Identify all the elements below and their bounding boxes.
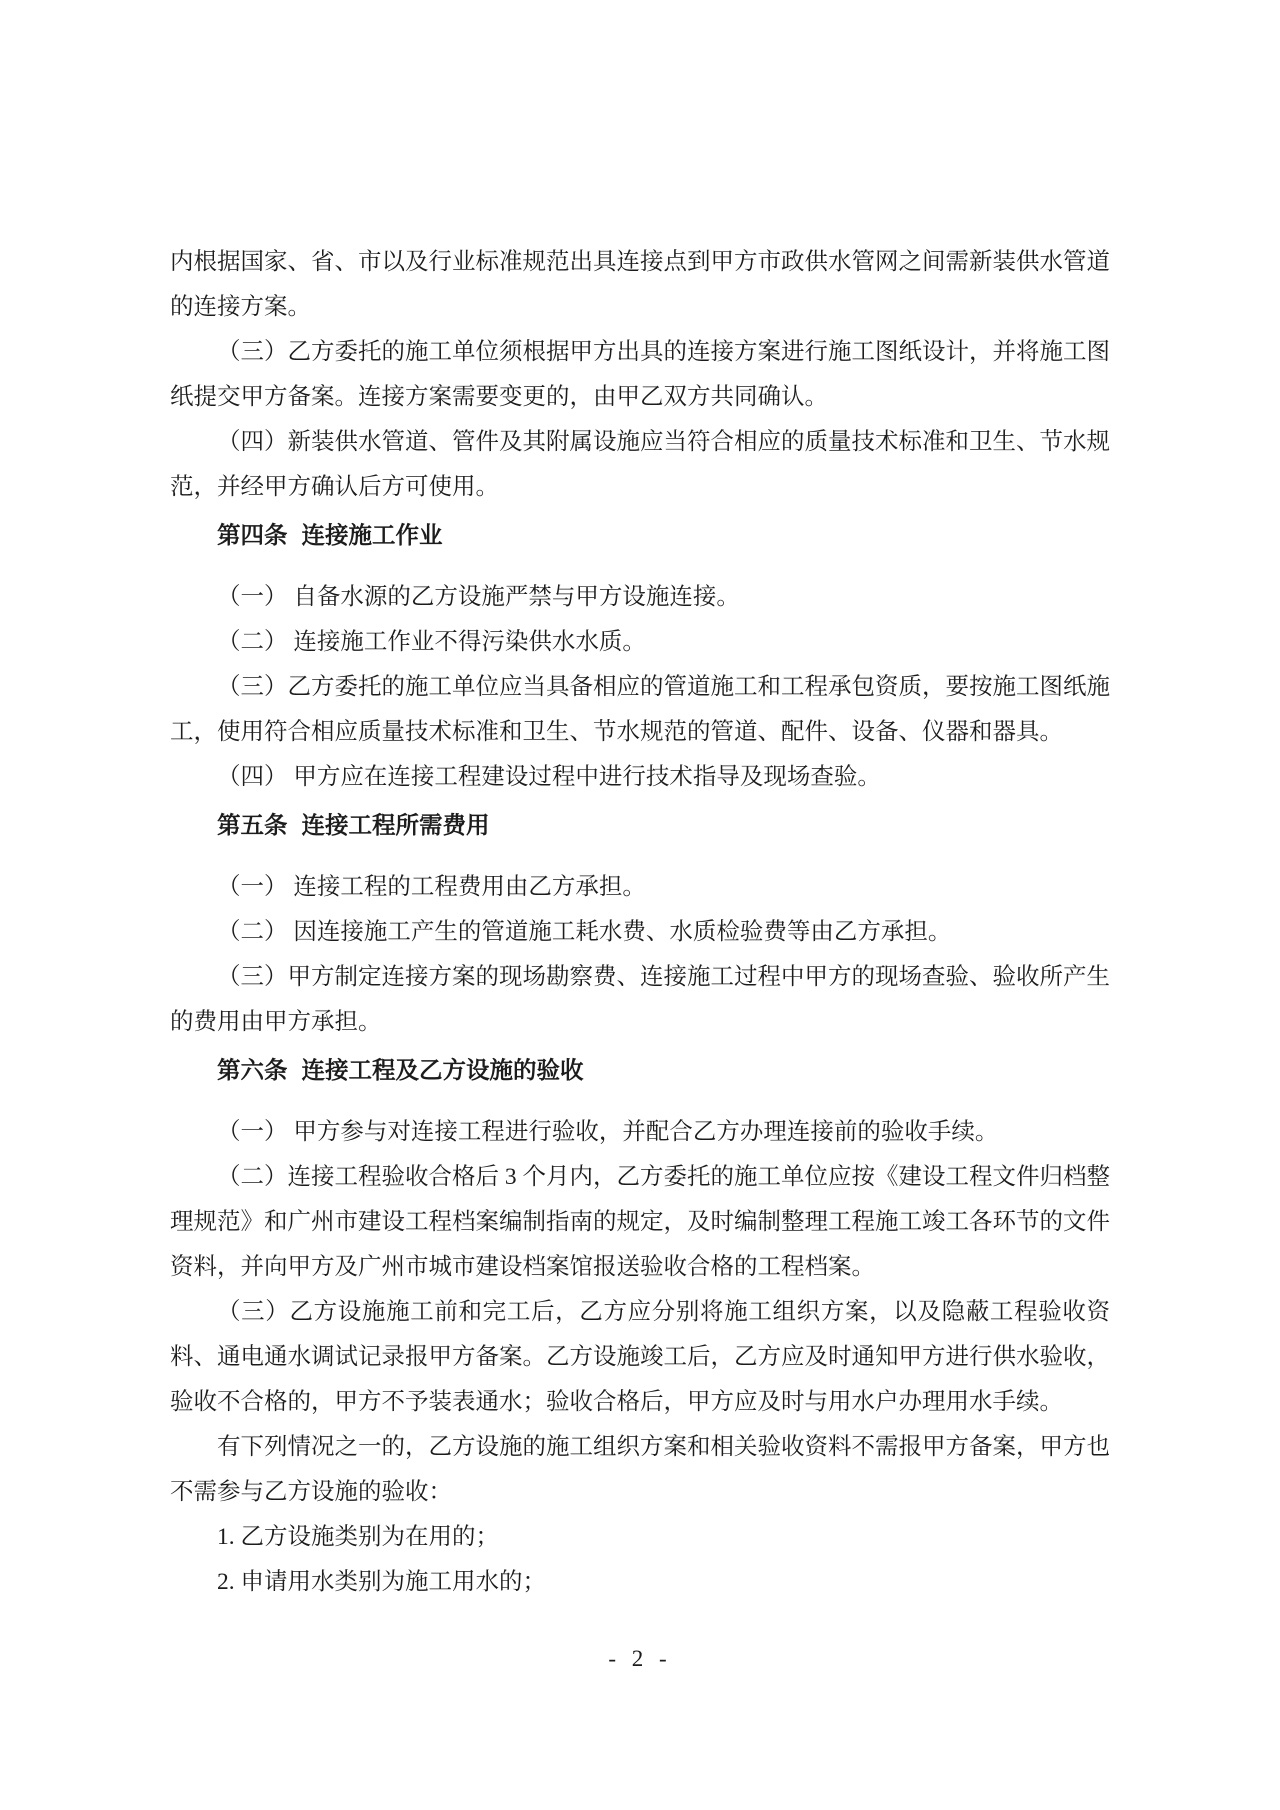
paragraph-item-2: （二） 连接施工作业不得污染供水水质。 <box>170 620 1110 665</box>
clause-number: 第六条 <box>217 1058 288 1084</box>
paragraph-continuation: 内根据国家、省、市以及行业标准规范出具连接点到甲方市政供水管网之间需新装供水管道… <box>170 240 1110 330</box>
clause-heading-6: 第六条连接工程及乙方设施的验收 <box>170 1049 1110 1094</box>
paragraph-item-3: （三）乙方设施施工前和完工后，乙方应分别将施工组织方案，以及隐蔽工程验收资料、通… <box>170 1290 1110 1425</box>
list-item-2: 2. 申请用水类别为施工用水的； <box>170 1560 1110 1605</box>
paragraph-item-3: （三）乙方委托的施工单位应当具备相应的管道施工和工程承包资质，要按施工图纸施工，… <box>170 665 1110 755</box>
clause-title: 连接工程及乙方设施的验收 <box>302 1058 584 1084</box>
clause-heading-4: 第四条连接施工作业 <box>170 514 1110 559</box>
document-page: 内根据国家、省、市以及行业标准规范出具连接点到甲方市政供水管网之间需新装供水管道… <box>0 0 1280 1810</box>
clause-title: 连接工程所需费用 <box>302 813 490 839</box>
paragraph-item-1: （一） 自备水源的乙方设施严禁与甲方设施连接。 <box>170 575 1110 620</box>
list-item-1: 1. 乙方设施类别为在用的； <box>170 1515 1110 1560</box>
page-number: - 2 - <box>0 1636 1280 1681</box>
clause-heading-5: 第五条连接工程所需费用 <box>170 804 1110 849</box>
paragraph-exemption-intro: 有下列情况之一的，乙方设施的施工组织方案和相关验收资料不需报甲方备案，甲方也不需… <box>170 1425 1110 1515</box>
paragraph-item-4: （四）新装供水管道、管件及其附属设施应当符合相应的质量技术标准和卫生、节水规范，… <box>170 420 1110 510</box>
clause-number: 第五条 <box>217 813 288 839</box>
clause-number: 第四条 <box>217 523 288 549</box>
paragraph-item-3: （三）甲方制定连接方案的现场勘察费、连接施工过程中甲方的现场查验、验收所产生的费… <box>170 955 1110 1045</box>
paragraph-item-4: （四） 甲方应在连接工程建设过程中进行技术指导及现场查验。 <box>170 755 1110 800</box>
clause-title: 连接施工作业 <box>302 523 443 549</box>
paragraph-item-1: （一） 连接工程的工程费用由乙方承担。 <box>170 865 1110 910</box>
paragraph-item-2: （二） 因连接施工产生的管道施工耗水费、水质检验费等由乙方承担。 <box>170 910 1110 955</box>
paragraph-item-3: （三）乙方委托的施工单位须根据甲方出具的连接方案进行施工图纸设计，并将施工图纸提… <box>170 330 1110 420</box>
paragraph-item-2: （二）连接工程验收合格后 3 个月内，乙方委托的施工单位应按《建设工程文件归档整… <box>170 1155 1110 1290</box>
paragraph-item-1: （一） 甲方参与对连接工程进行验收，并配合乙方办理连接前的验收手续。 <box>170 1110 1110 1155</box>
